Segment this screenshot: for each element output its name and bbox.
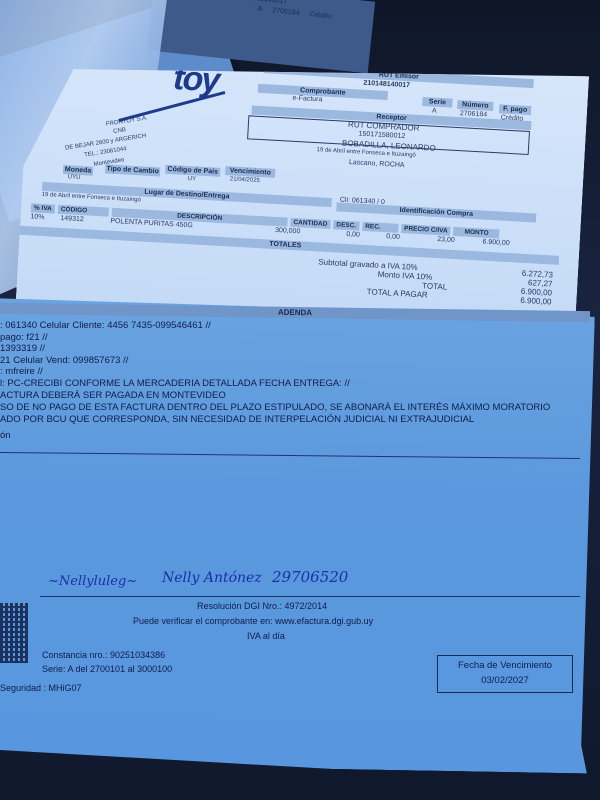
tipo-cambio-label: Tipo de Cambio bbox=[105, 164, 160, 176]
fecha-vencimiento-box: Fecha de Vencimiento 03/02/2027 bbox=[437, 655, 573, 693]
signature-name: Nelly Antónez bbox=[162, 570, 262, 586]
rut-emisor: 210148140017 bbox=[363, 80, 410, 90]
serie-rango: Serie: A del 2700101 al 3000100 bbox=[42, 664, 172, 674]
bg-serie: A bbox=[257, 6, 262, 13]
verificar-comprobante: Puede verificar el comprobante en: www.e… bbox=[133, 616, 373, 626]
forma-pago-label: F. pago bbox=[499, 104, 531, 115]
row-rec: 0,00 bbox=[360, 232, 400, 241]
invoice-header-section: toy RUT Emisor 210148140017 Comprobante … bbox=[15, 45, 589, 346]
col-iva: % IVA bbox=[31, 203, 55, 213]
row-cantidad: 300,000 bbox=[275, 227, 320, 237]
moneda-value: UYU bbox=[68, 174, 81, 181]
vencimiento-value: 21/04/2025 bbox=[230, 176, 260, 184]
adenda-line-3: 1393319 // bbox=[0, 343, 45, 355]
adenda-line-9: ADO POR BCU QUE CORRESPONDA, SIN NECESID… bbox=[0, 414, 474, 426]
signature-line bbox=[40, 596, 580, 597]
serie-value: A bbox=[432, 108, 437, 115]
codigo-pais-label: Código de País bbox=[165, 165, 220, 177]
comprobante-type: e-Factura bbox=[292, 95, 322, 104]
receptor-city: Lascano, ROCHA bbox=[349, 159, 405, 169]
bg-numero: 2706184 bbox=[272, 7, 300, 17]
qr-code[interactable] bbox=[0, 603, 28, 663]
row-desc: 0,00 bbox=[320, 229, 360, 238]
bg-forma-pago: Crédito bbox=[309, 11, 332, 20]
row-iva: 10% bbox=[30, 213, 60, 222]
adenda-line-11: ón bbox=[0, 430, 11, 442]
totals-block: Subtotal gravado a IVA 10%6.272,73 Monto… bbox=[317, 257, 554, 306]
signature-id: 29706520 bbox=[272, 568, 348, 586]
adenda-line-8: SO DE NO PAGO DE ESTA FACTURA DENTRO DEL… bbox=[0, 402, 550, 414]
adenda-line-1: : 061340 Celular Cliente: 4456 7435-0995… bbox=[0, 320, 211, 332]
fecha-vencimiento-value: 03/02/2027 bbox=[438, 673, 572, 688]
constancia: Constancia nro.: 90251034386 bbox=[42, 650, 165, 660]
iva-al-dia: IVA al día bbox=[247, 631, 285, 641]
col-desc: DESC. bbox=[333, 220, 359, 230]
adenda-line-7: ACTURA DEBERÁ SER PAGADA EN MONTEVIDEO bbox=[0, 390, 226, 402]
adenda-line-5: : mfreire // bbox=[0, 366, 43, 378]
invoice-body bbox=[0, 298, 595, 773]
emisor-branch: CNB bbox=[113, 127, 126, 135]
serie-label: Serie bbox=[422, 97, 452, 108]
seguridad: Seguridad : MHiG07 bbox=[0, 683, 82, 693]
fecha-vencimiento-label: Fecha de Vencimiento bbox=[438, 658, 572, 673]
identificacion-label: Identificación Compra bbox=[336, 202, 536, 222]
resolucion-dgi: Resolución DGI Nro.: 4972/2014 bbox=[197, 601, 327, 611]
signature-scribble: ~Nellyluleg~ bbox=[48, 574, 137, 589]
total-pagar-value: 6.900,00 bbox=[520, 296, 552, 307]
codigo-pais-value: UY bbox=[188, 176, 197, 182]
adenda-line-6: l: PC-CRECIBI CONFORME LA MERCADERIA DET… bbox=[0, 378, 350, 390]
row-codigo: 149312 bbox=[60, 215, 110, 225]
